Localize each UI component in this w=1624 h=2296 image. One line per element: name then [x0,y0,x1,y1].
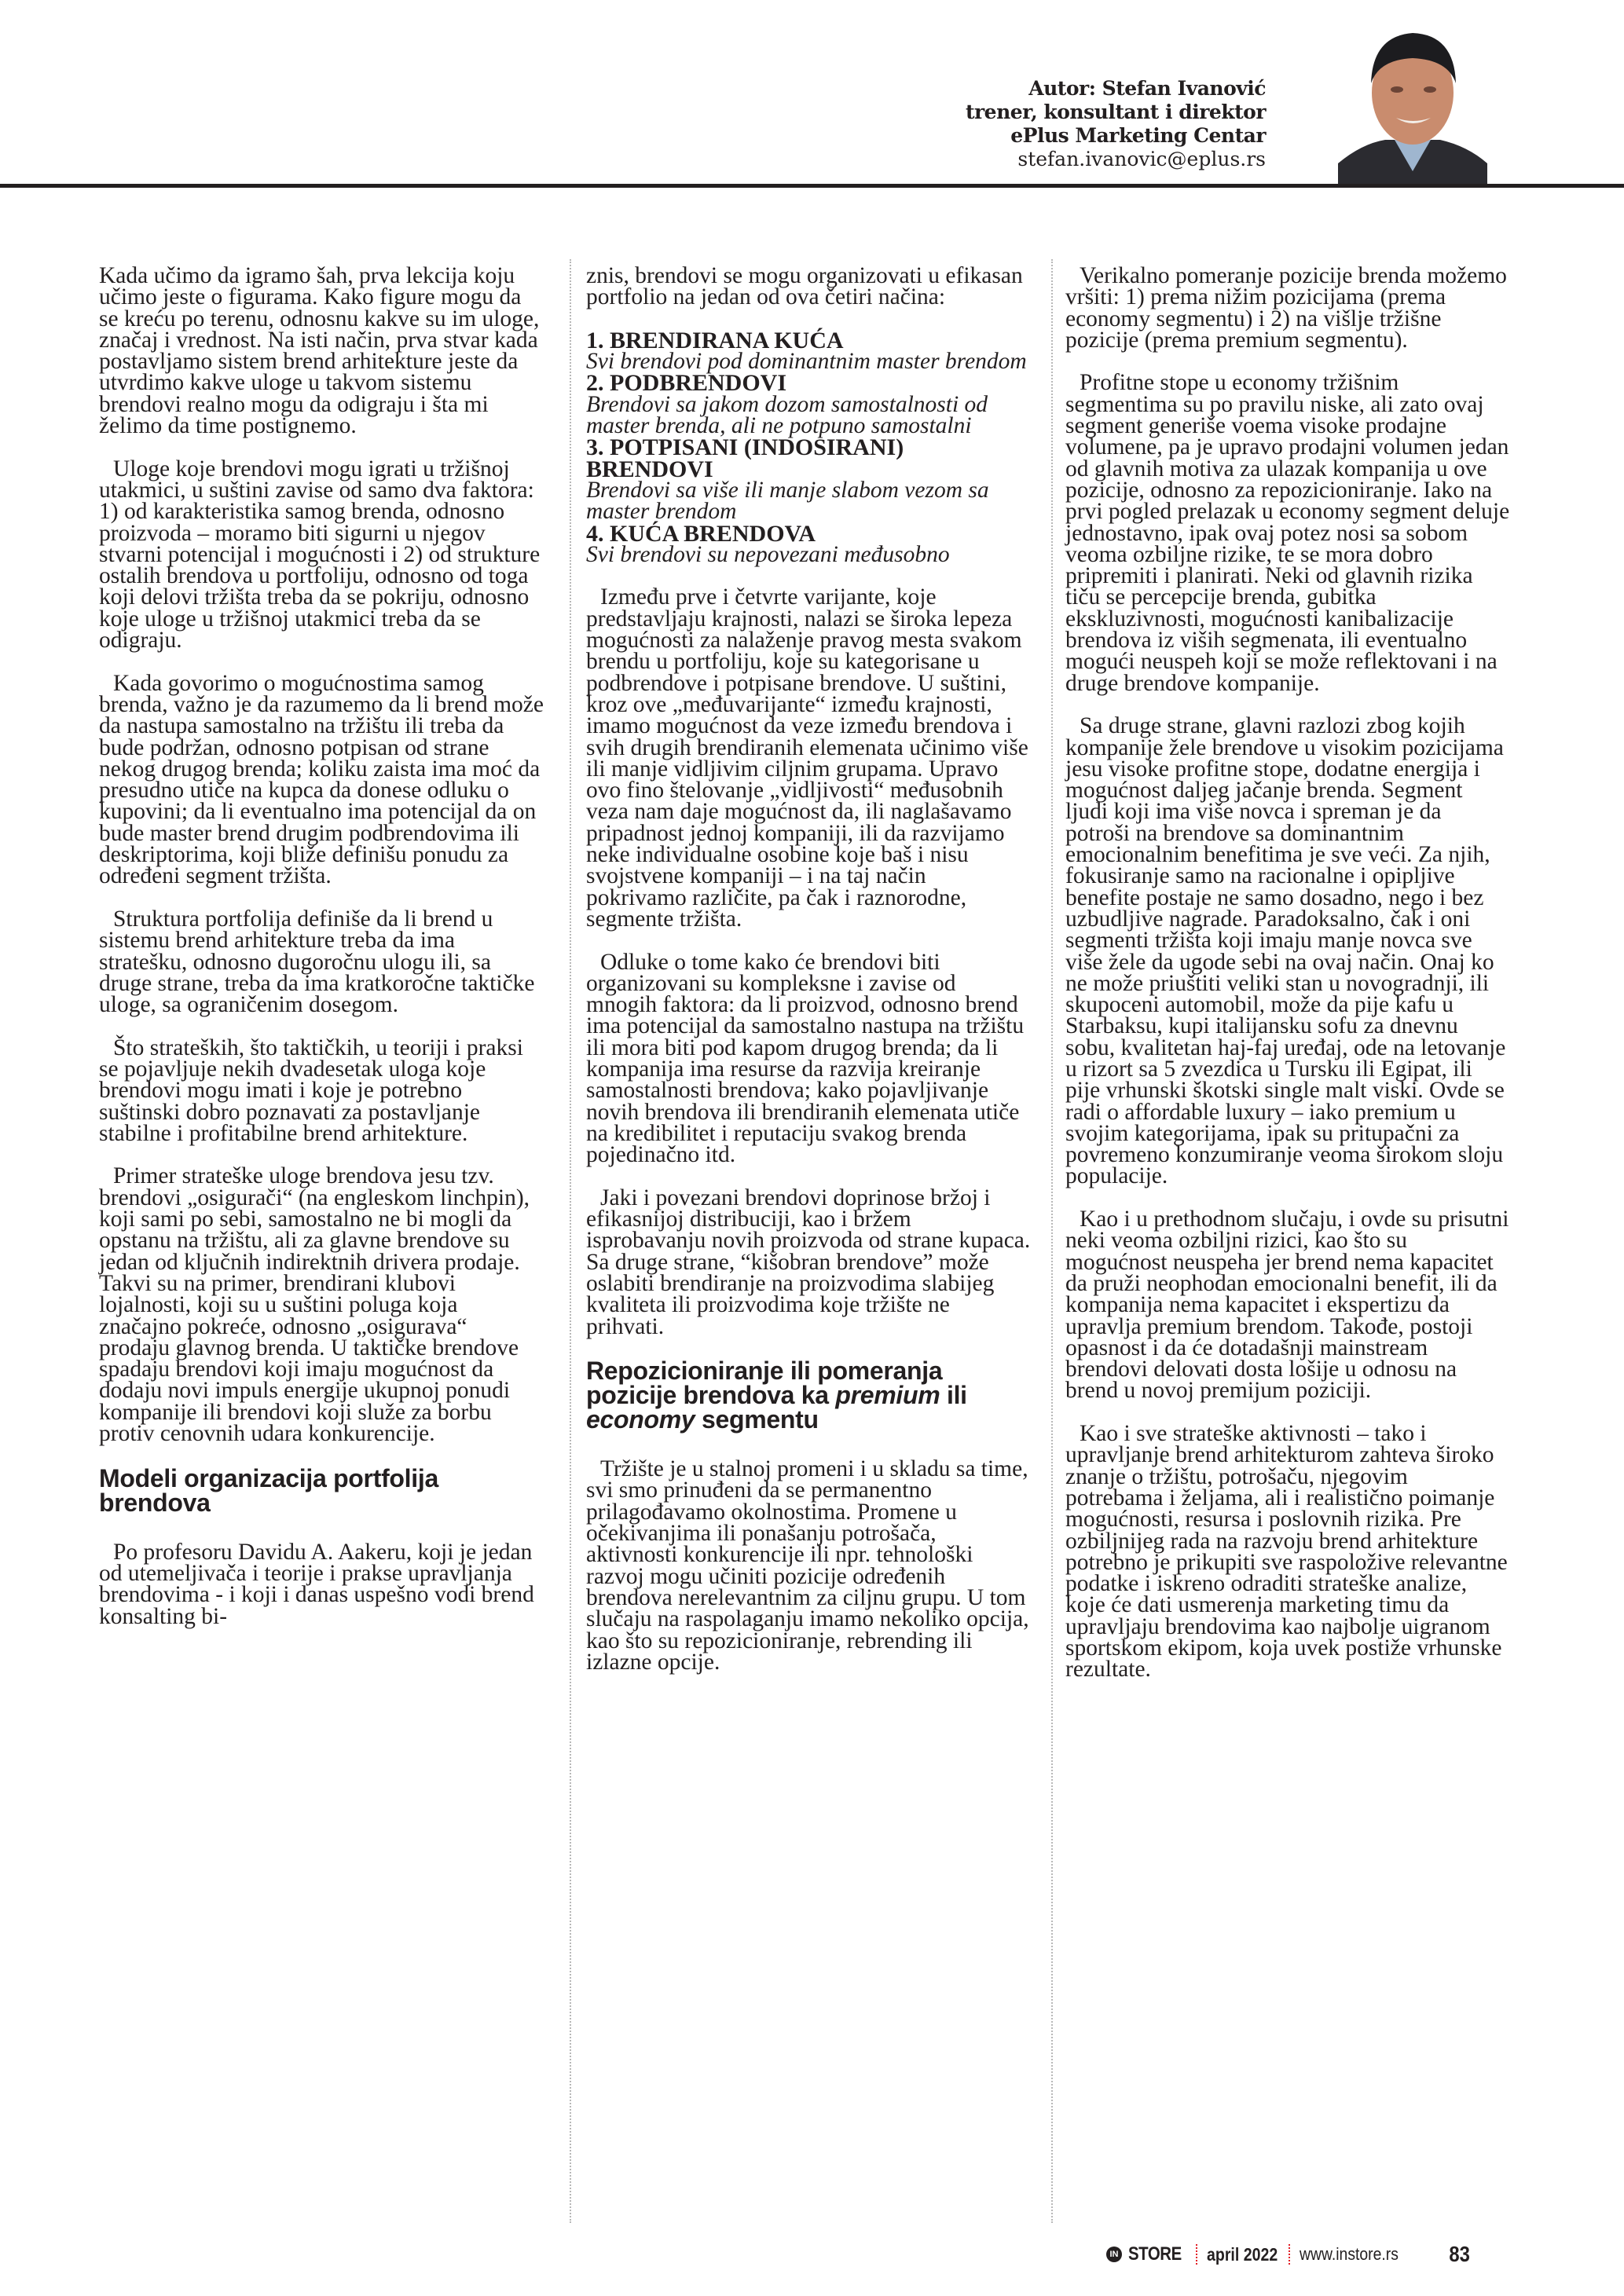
author-photo [1338,14,1487,184]
footer-separator [1289,2244,1290,2265]
paragraph: Jaki i povezani brendovi doprinose bržoj… [586,1188,1031,1338]
list-item: 1. BRENDIRANA KUĆA Svi brendovi pod domi… [586,330,1031,373]
issue-date: april 2022 [1207,2244,1278,2265]
paragraph: Tržište je u stalnoj promeni i u skladu … [586,1459,1031,1673]
model-description: Brendovi sa više ili manje slabom vezom … [586,480,1031,523]
author-organization: ePlus Marketing Centar [966,124,1266,148]
header-divider [0,184,1624,188]
footer-separator [1196,2244,1197,2265]
article-column-2: znis, brendovi se mogu organizovati u ef… [586,265,1031,1694]
page-footer: IN STORE april 2022 www.instore.rs 83 [1106,2240,1412,2269]
paragraph: Kada govorimo o mogućnostima samog brend… [99,673,544,888]
paragraph: Struktura portfolija definiše da li bren… [99,909,544,1016]
model-title: 3. POTPISANI (INDOSIRANI) BRENDOVI [586,437,1031,480]
author-name: Autor: Stefan Ivanović [966,77,1266,101]
paragraph: Sa druge strane, glavni razlozi zbog koj… [1065,716,1510,1188]
author-email[interactable]: stefan.ivanovic@eplus.rs [966,148,1266,171]
paragraph: Verikalno pomeranje pozicije brenda može… [1065,265,1510,351]
model-title: 2. PODBRENDOVI [586,372,1031,394]
paragraph: znis, brendovi se mogu organizovati u ef… [586,265,1031,309]
paragraph: Profitne stope u economy tržišnim segmen… [1065,372,1510,694]
section-heading: Modeli organizacija portfolija brendova [99,1467,544,1515]
paragraph: Odluke o tome kako će brendovi biti orga… [586,952,1031,1166]
author-byline: Autor: Stefan Ivanović trener, konsultan… [966,77,1266,171]
paragraph: Po profesoru Davidu A. Aakeru, koji je j… [99,1542,544,1628]
page-number: 83 [1449,2242,1469,2267]
model-description: Brendovi sa jakom dozom samostalnosti od… [586,394,1031,438]
model-title: 1. BRENDIRANA KUĆA [586,330,1031,351]
list-item: 4. KUĆA BRENDOVA Svi brendovi su nepovez… [586,523,1031,566]
article-column-1: Kada učimo da igramo šah, prva lekcija k… [99,265,544,1649]
paragraph: Kao i sve strateške aktivnosti – tako i … [1065,1423,1510,1681]
author-role: trener, konsultant i direktor [966,101,1266,124]
list-item: 2. PODBRENDOVI Brendovi sa jakom dozom s… [586,372,1031,437]
instore-logo-icon: IN [1106,2247,1122,2262]
article-header: Autor: Stefan Ivanović trener, konsultan… [0,0,1624,185]
column-separator [570,259,571,2223]
paragraph: Primer strateške uloge brendova jesu tzv… [99,1166,544,1445]
article-column-3: Verikalno pomeranje pozicije brenda može… [1065,265,1510,1702]
model-description: Svi brendovi pod dominantnim master bren… [586,351,1031,372]
paragraph: Kada učimo da igramo šah, prva lekcija k… [99,265,544,437]
portrait-image-icon [1338,14,1487,184]
paragraph: Između prve i četvrte varijante, koje pr… [586,587,1031,930]
portfolio-models-list: 1. BRENDIRANA KUĆA Svi brendovi pod domi… [586,330,1031,566]
list-item: 3. POTPISANI (INDOSIRANI) BRENDOVI Brend… [586,437,1031,522]
magazine-url-link[interactable]: www.instore.rs [1300,2244,1399,2265]
model-description: Svi brendovi su nepovezani međusobno [586,544,1031,566]
paragraph: Uloge koje brendovi mogu igrati u tržišn… [99,459,544,652]
column-separator [1051,259,1053,2223]
section-heading: Repozicioniranje ili pomeranja pozicije … [586,1359,1031,1432]
magazine-logo-text: STORE [1128,2243,1182,2265]
paragraph: Kao i u prethodnom slučaju, i ovde su pr… [1065,1209,1510,1402]
model-title: 4. KUĆA BRENDOVA [586,523,1031,544]
paragraph: Što strateških, što taktičkih, u teoriji… [99,1038,544,1144]
